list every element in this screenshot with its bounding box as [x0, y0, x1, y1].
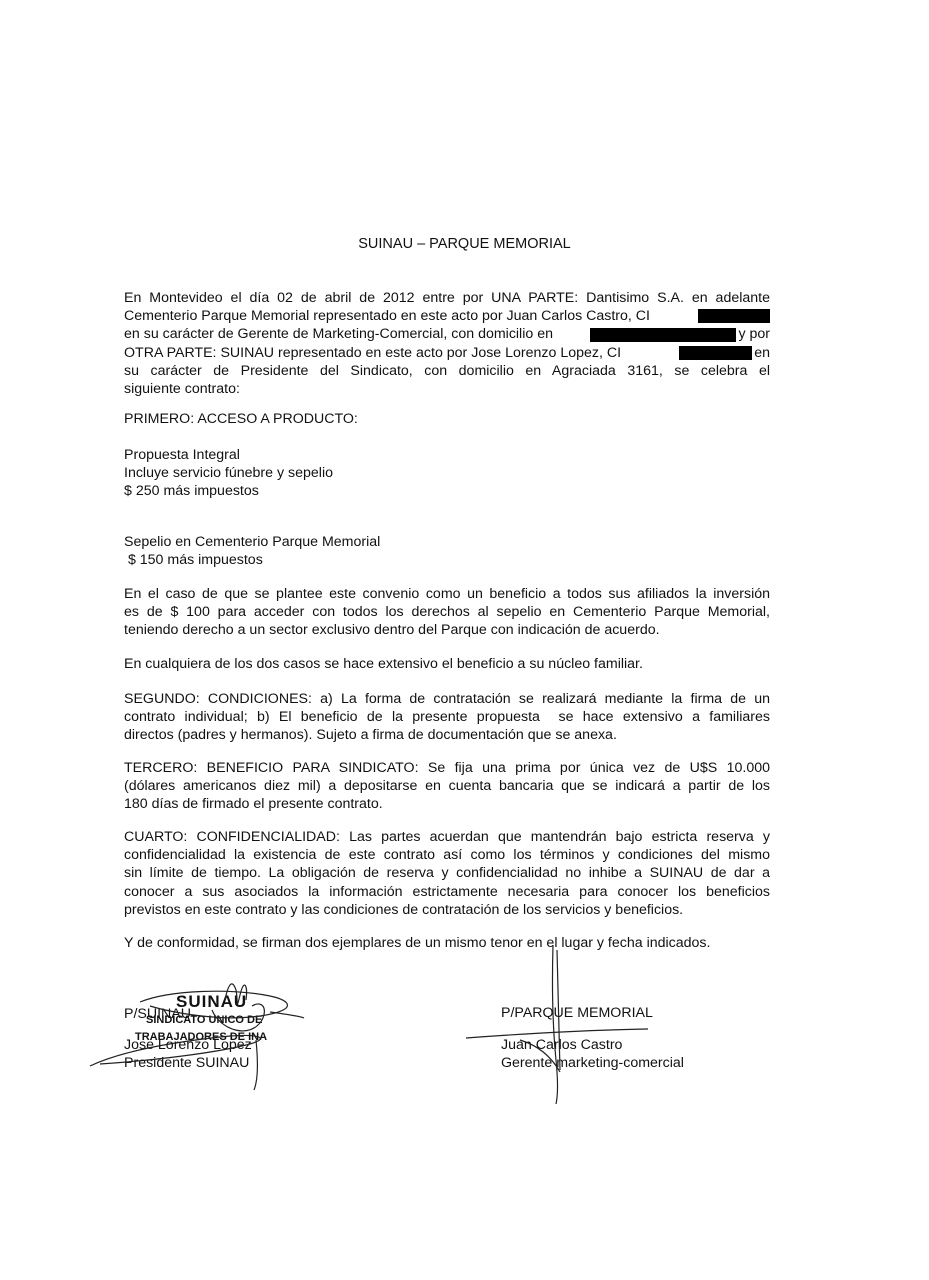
intro-line-2: Cementerio Parque Memorial representado … — [124, 307, 770, 325]
offer-integral-desc: Incluye servicio fúnebre y sepelio — [124, 464, 770, 482]
cuarto-line-4: conocer a sus asociados la información e… — [124, 883, 770, 901]
contract-page: SUINAU – PARQUE MEMORIAL En Montevideo e… — [0, 0, 929, 1280]
intro-line-3-end: y por — [738, 325, 770, 343]
offer-integral-price: $ 250 más impuestos — [124, 482, 770, 500]
cuarto-line-3: sin límite de tiempo. La obligación de r… — [124, 864, 770, 882]
signature-role-lopez: Presidente SUINAU — [124, 1054, 252, 1072]
intro-line-6: siguiente contrato: — [124, 380, 770, 398]
intro-line-3-text: en su carácter de Gerente de Marketing-C… — [124, 325, 553, 343]
closing-statement: Y de conformidad, se firman dos ejemplar… — [124, 934, 770, 952]
intro-line-4-end: en — [754, 344, 770, 362]
offer-integral-name: Propuesta Integral — [124, 446, 770, 464]
segundo-line-1: SEGUNDO: CONDICIONES: a) La forma de con… — [124, 690, 770, 708]
primero-paragraph-2: En cualquiera de los dos casos se hace e… — [124, 655, 770, 673]
tercero-line-2: (dólares americanos diez mil) a deposita… — [124, 777, 770, 795]
offer-integral: Propuesta Integral Incluye servicio fúne… — [124, 446, 770, 501]
primero-p1-line-3: teniendo derecho a un sector exclusivo d… — [124, 621, 770, 639]
intro-line-4: OTRA PARTE: SUINAU representado en este … — [124, 344, 770, 362]
document-title: SUINAU – PARQUE MEMORIAL — [0, 236, 929, 252]
cuarto-line-1: CUARTO: CONFIDENCIALIDAD: Las partes acu… — [124, 828, 770, 846]
primero-p1-line-2: es de $ 100 para acceder con todos los d… — [124, 603, 770, 621]
handwritten-signatures — [0, 0, 929, 1280]
signature-block-parque-memorial: P/PARQUE MEMORIAL Juan Carlos Castro Ger… — [501, 1004, 684, 1072]
tercero-line-3: 180 días de firmado el presente contrato… — [124, 795, 770, 813]
cuarto-line-5: previstos en este contrato y las condici… — [124, 901, 770, 919]
primero-paragraph-1: En el caso de que se plantee este conven… — [124, 585, 770, 640]
stamp-suinau-title: SUINAU — [176, 992, 247, 1012]
redacted-id-castro — [698, 309, 770, 323]
tercero-clause: TERCERO: BENEFICIO PARA SINDICATO: Se fi… — [124, 759, 770, 814]
stamp-suinau-line-2: SINDICATO UNICO DE — [146, 1014, 262, 1026]
signature-party-parque: P/PARQUE MEMORIAL — [501, 1004, 684, 1022]
cuarto-clause: CUARTO: CONFIDENCIALIDAD: Las partes acu… — [124, 828, 770, 919]
offer-sepelio-name: Sepelio en Cementerio Parque Memorial — [124, 533, 770, 551]
intro-line-5: su carácter de Presidente del Sindicato,… — [124, 362, 770, 380]
segundo-clause: SEGUNDO: CONDICIONES: a) La forma de con… — [124, 690, 770, 745]
tercero-line-1: TERCERO: BENEFICIO PARA SINDICATO: Se fi… — [124, 759, 770, 777]
intro-line-4-text: OTRA PARTE: SUINAU representado en este … — [124, 344, 621, 362]
intro-line-3: en su carácter de Gerente de Marketing-C… — [124, 325, 770, 343]
intro-line-1: En Montevideo el día 02 de abril de 2012… — [124, 289, 770, 307]
offer-sepelio-price: $ 150 más impuestos — [124, 551, 770, 569]
primero-heading: PRIMERO: ACCESO A PRODUCTO: — [124, 410, 770, 428]
redacted-id-lopez — [679, 346, 752, 360]
intro-paragraph: En Montevideo el día 02 de abril de 2012… — [124, 289, 770, 398]
signature-name-castro: Juan Carlos Castro — [501, 1036, 684, 1054]
segundo-line-2: contrato individual; b) El beneficio de … — [124, 708, 770, 726]
stamp-suinau-line-3: TRABAJADORES DE INA — [135, 1031, 267, 1043]
intro-line-2-text: Cementerio Parque Memorial representado … — [124, 307, 650, 325]
signature-role-castro: Gerente marketing-comercial — [501, 1054, 684, 1072]
primero-p1-line-1: En el caso de que se plantee este conven… — [124, 585, 770, 603]
cuarto-line-2: confidencialidad la existencia de este c… — [124, 846, 770, 864]
offer-sepelio: Sepelio en Cementerio Parque Memorial $ … — [124, 533, 770, 569]
segundo-line-3: directos (padres y hermanos). Sujeto a f… — [124, 726, 770, 744]
redacted-address-castro — [590, 328, 736, 342]
